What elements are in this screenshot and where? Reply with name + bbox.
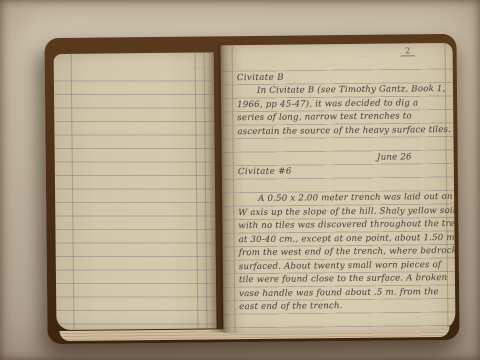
page-number: 2 (401, 46, 415, 56)
photo-background: 2 Civitate BIn Civitate B (see Timothy G… (0, 0, 480, 360)
handwriting-line: ascertain the source of the heavy surfac… (237, 123, 445, 139)
ruled-lines-left (54, 68, 214, 330)
gutter-shadow (206, 42, 231, 332)
handwriting-block: Civitate BIn Civitate B (see Timothy Gan… (237, 56, 448, 315)
handwriting-line: 1966, pp 45-47), it was decided to dig a (237, 96, 445, 112)
right-page-written: 2 Civitate BIn Civitate B (see Timothy G… (221, 43, 456, 333)
left-page-blank (54, 52, 217, 330)
handwriting-line: vase handle was found about .5 m. from t… (239, 285, 447, 301)
open-notebook: 2 Civitate BIn Civitate B (see Timothy G… (48, 38, 457, 335)
handwriting-line: east end of the trench. (239, 299, 447, 315)
